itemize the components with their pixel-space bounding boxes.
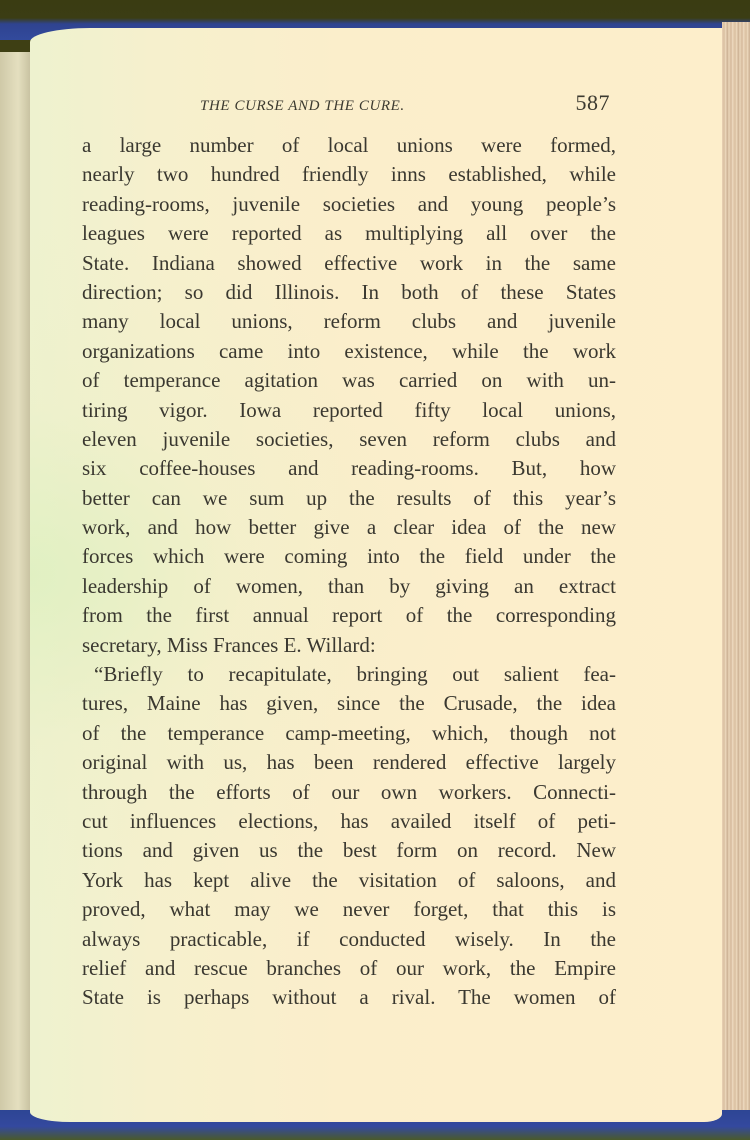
text-line: proved, what may we never forget, that t… — [82, 895, 616, 924]
text-line: a large number of local unions were form… — [82, 131, 616, 160]
text-line: organizations came into existence, while… — [82, 337, 616, 366]
text-line: through the efforts of our own workers. … — [82, 778, 616, 807]
text-line: of the temperance camp-meeting, which, t… — [82, 719, 616, 748]
running-title: THE CURSE AND THE CURE. — [200, 98, 405, 115]
text-line: better can we sum up the results of this… — [82, 484, 616, 513]
text-line: many local unions, reform clubs and juve… — [82, 307, 616, 336]
quote-start-line: “Briefly to recapitulate, bringing out s… — [82, 660, 616, 689]
text-line: York has kept alive the visitation of sa… — [82, 866, 616, 895]
text-line: tions and given us the best form on reco… — [82, 836, 616, 865]
text-line: six coffee-houses and reading-rooms. But… — [82, 454, 616, 483]
running-head: THE CURSE AND THE CURE. 587 — [200, 90, 610, 116]
text-line: tiring vigor. Iowa reported fifty local … — [82, 396, 616, 425]
text-line: of temperance agitation was carried on w… — [82, 366, 616, 395]
text-line: original with us, has been rendered effe… — [82, 748, 616, 777]
text-line: cut influences elections, has availed it… — [82, 807, 616, 836]
text-line: State. Indiana showed effective work in … — [82, 249, 616, 278]
body-text: a large number of local unions were form… — [82, 131, 616, 1013]
text-line: from the first annual report of the corr… — [82, 601, 616, 630]
text-line: secretary, Miss Frances E. Willard: — [82, 631, 616, 660]
text-line: State is perhaps without a rival. The wo… — [82, 983, 616, 1012]
text-line: tures, Maine has given, since the Crusad… — [82, 689, 616, 718]
text-line: relief and rescue branches of our work, … — [82, 954, 616, 983]
text-line: direction; so did Illinois. In both of t… — [82, 278, 616, 307]
page-number: 587 — [576, 90, 611, 116]
text-line: nearly two hundred friendly inns establi… — [82, 160, 616, 189]
text-line: eleven juvenile societies, seven reform … — [82, 425, 616, 454]
text-line: forces which were coming into the field … — [82, 542, 616, 571]
text-line: always practicable, if conducted wisely.… — [82, 925, 616, 954]
page-fore-edge — [722, 22, 750, 1122]
text-line: reading-rooms, juvenile societies and yo… — [82, 190, 616, 219]
text-line: work, and how better give a clear idea o… — [82, 513, 616, 542]
facing-page-edge — [0, 52, 31, 1112]
text-line: leagues were reported as multiplying all… — [82, 219, 616, 248]
text-line: leadership of women, than by giving an e… — [82, 572, 616, 601]
